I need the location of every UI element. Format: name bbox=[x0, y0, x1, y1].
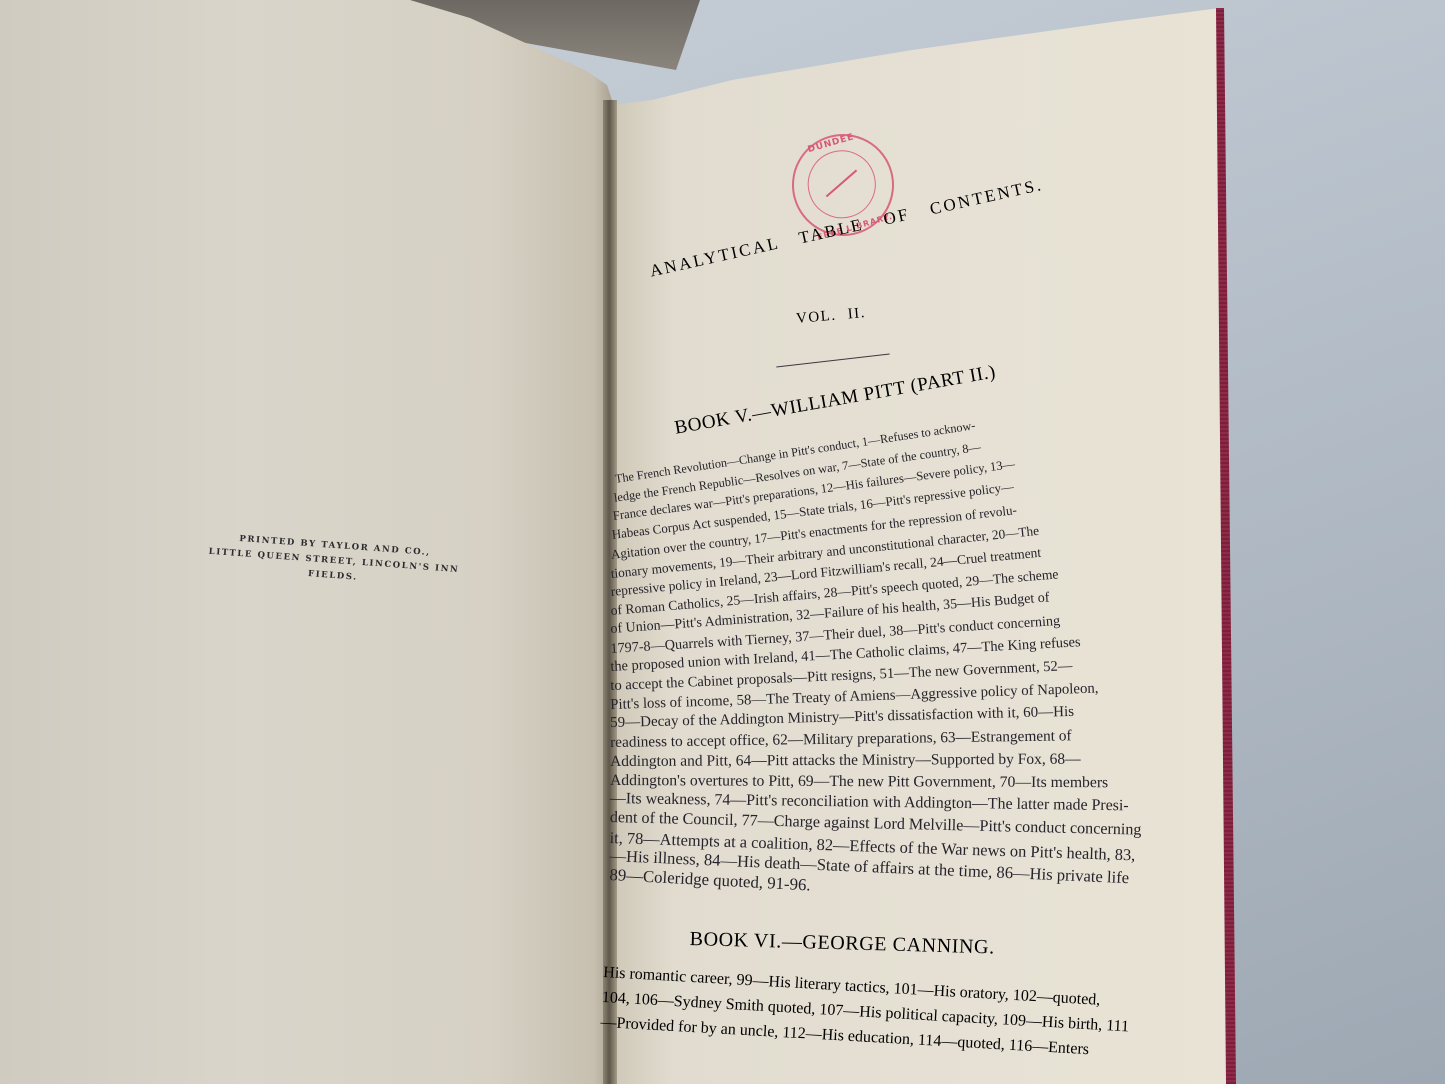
content-line: Addington and Pitt, 64—Pitt attacks the … bbox=[610, 750, 1081, 770]
content-line: Addington's overtures to Pitt, 69—The ne… bbox=[610, 772, 1108, 792]
